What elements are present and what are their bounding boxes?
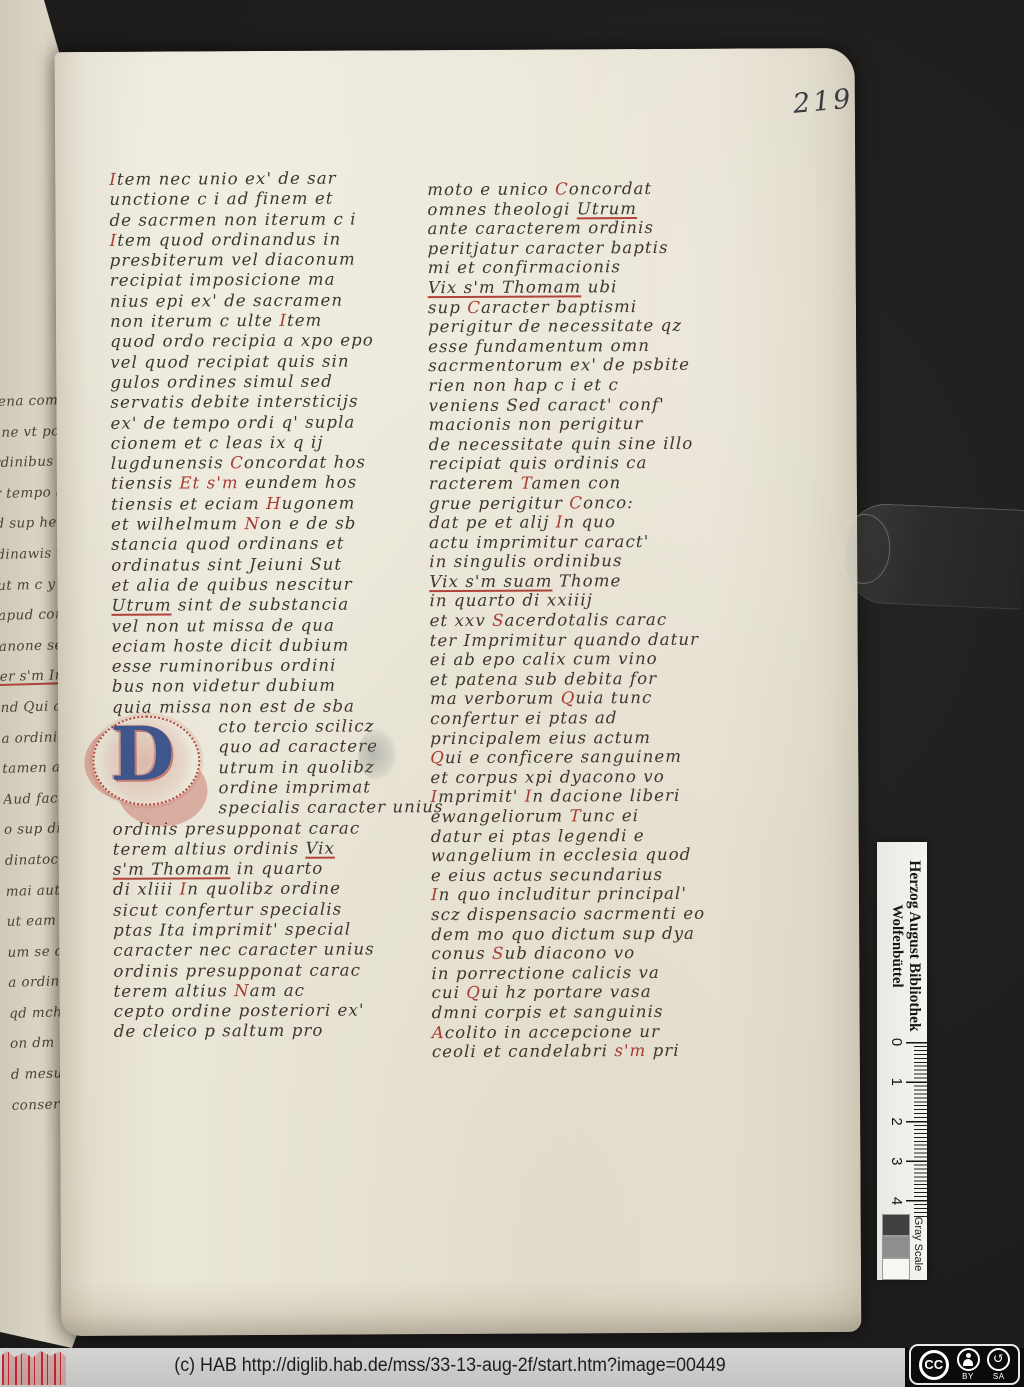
manuscript-line: ceoli et candelabri s'm pri: [432, 1041, 732, 1062]
manuscript-line: Item quod ordinandus in: [110, 229, 410, 251]
creative-commons-badge: CC BY ↺ SA: [909, 1344, 1020, 1385]
manuscript-line: ptas Ita imprimit' special: [113, 919, 413, 941]
manuscript-line: et alia de quibus nescitur: [111, 574, 411, 596]
person-head: [966, 1353, 971, 1358]
frag-line: ane vt postea m: [0, 416, 61, 448]
ruler-num: 0: [888, 1028, 905, 1056]
manuscript-line: non iterum c ulte Item: [110, 310, 410, 332]
manuscript-line: ma verborum Quia tunc: [430, 688, 730, 709]
manuscript-line: ordinatus sint Jeiuni Sut: [111, 554, 411, 576]
manuscript-line: servatis debite intersticijs: [110, 392, 410, 414]
manuscript-page: 219 Item nec unio ex' de sarunctione c i…: [55, 48, 862, 1336]
manuscript-line: quod ordo recipia a xpo epo: [110, 331, 410, 353]
manuscript-line: et xxv Sacerdotalis carac: [430, 610, 730, 631]
manuscript-line: principalem eius actum: [430, 727, 730, 748]
left-column-lower-lines: specialis caracter uniusordinis presuppo…: [113, 797, 414, 1042]
ruler-cm-ticks: [906, 1042, 927, 1222]
left-column-upper-lines: Item nec unio ex' de sarunctione c i ad …: [109, 168, 412, 718]
ruler-num: 4: [888, 1187, 905, 1215]
manuscript-line: ante caracterem ordinis: [427, 218, 727, 239]
manuscript-line: grue perigitur Conco:: [429, 492, 729, 513]
manuscript-line: de necessitate quin sine illo: [429, 433, 729, 454]
ink-smudge: [358, 728, 396, 780]
manuscript-line: et patena sub debita for: [430, 668, 730, 689]
manuscript-line: vel quod recipiat quis sin: [110, 351, 410, 373]
sa-arrow-glyph: ↺: [993, 1352, 1005, 1366]
manuscript-line: tiensis et eciam Hugonem: [111, 493, 411, 515]
manuscript-line: gulos ordines simul sed: [110, 371, 410, 393]
manuscript-line: Item nec unio ex' de sar: [109, 168, 409, 190]
gray-scale-label: Gray Scale: [912, 1212, 924, 1276]
folio-number: 219: [792, 83, 855, 119]
manuscript-line: terem altius Nam ac: [113, 980, 413, 1002]
manuscript-line: datur ei ptas legendi e: [431, 825, 731, 846]
ruler-numbers: 01234: [888, 1028, 905, 1215]
gray-scale-swatch: [882, 1236, 910, 1258]
frag-line: r tempo ad q: [0, 477, 63, 509]
manuscript-line: moto e unico Concordat: [427, 179, 727, 200]
text-column-right: moto e unico Concordatomnes theologi Utr…: [427, 179, 732, 1062]
gray-scale-swatches: [882, 1214, 910, 1280]
ruler-num: 1: [888, 1068, 905, 1096]
cc-sa-arrow-icon: ↺: [987, 1348, 1010, 1371]
manuscript-line: in porrectione calicis va: [431, 962, 731, 983]
manuscript-line: in singulis ordinibus: [429, 551, 729, 572]
manuscript-line: sicut confertur specialis: [113, 899, 413, 921]
manuscript-line: racterem Tamen con: [429, 472, 729, 493]
manuscript-line: vel non ut missa de qua: [112, 615, 412, 637]
manuscript-line: ordine imprimat: [112, 777, 412, 799]
manuscript-line: cepto ordine posteriori ex': [114, 1000, 414, 1022]
manuscript-line: sacrmentorum ex' de psbite: [428, 355, 728, 376]
manuscript-line: mi et confirmacionis: [428, 257, 728, 278]
gray-scale-swatch: [882, 1258, 910, 1280]
manuscript-line: lugdunensis Concordat hos: [111, 452, 411, 474]
manuscript-line: perigitur de necessitate qz: [428, 316, 728, 337]
manuscript-line: et corpus xpi dyacono vo: [430, 766, 730, 787]
manuscript-line: esse fundamentum omn: [428, 335, 728, 356]
manuscript-line: dem mo quo dictum sup dya: [431, 923, 731, 944]
manuscript-line: unctione c i ad finem et: [109, 189, 409, 211]
cc-by-unit: BY: [957, 1348, 980, 1381]
manuscript-line: Qui e conficere sanguinem: [430, 747, 730, 768]
credit-url-text: (c) HAB http://diglib.hab.de/mss/33-13-a…: [27, 1355, 873, 1377]
manuscript-line: tiensis Et s'm eundem hos: [111, 473, 411, 495]
frag-line: d sup hensiois: [0, 508, 64, 540]
library-name-line1: Herzog August Bibliothek: [905, 848, 924, 1044]
manuscript-line: cionem et c leas ix q ij: [111, 432, 411, 454]
manuscript-line: di xliii In quolibz ordine: [113, 879, 413, 901]
gray-scale-swatch: [882, 1214, 910, 1236]
library-name-line2: Wolfenbüttel: [888, 848, 905, 1044]
manuscript-line: peritjatur caracter baptis: [428, 237, 728, 258]
manuscript-line: Imprimit' In dacione liberi: [430, 786, 730, 807]
manuscript-line: e eius actus secundarius: [431, 864, 731, 885]
ruler-num: 3: [888, 1147, 905, 1175]
manuscript-line: recipiat quis ordinis ca: [429, 453, 729, 474]
manuscript-line: et wilhelmum Non e de sb: [111, 513, 411, 535]
manuscript-line: cui Qui hz portare vasa: [431, 982, 731, 1003]
ruler-card-rotated-content: Herzog August Bibliothek Wolfenbüttel 01…: [877, 842, 927, 1280]
frag-line: dinawis vt lect: [0, 538, 65, 570]
person-body: [963, 1359, 973, 1366]
manuscript-line: de cleico p saltum pro: [114, 1021, 414, 1043]
cc-by-label: BY: [962, 1372, 974, 1381]
manuscript-line: scz dispensacio sacrmenti eo: [431, 904, 731, 925]
manuscript-line: dat pe et alij In quo: [429, 512, 729, 533]
manuscript-line: recipiat imposicione ma: [110, 270, 410, 292]
manuscript-line: wangelium in ecclesia quod: [431, 845, 731, 866]
manuscript-line: nius epi ex' de sacramen: [110, 290, 410, 312]
manuscript-line: In quo includitur principal': [431, 884, 731, 905]
manuscript-line: Vix s'm suam Thome: [429, 570, 729, 591]
frag-line: tena competewi s: [0, 385, 60, 417]
manuscript-line: in quarto di xxiiij: [429, 590, 729, 611]
manuscript-line: rien non hap c i et c: [428, 375, 728, 396]
manuscript-line: terem altius ordinis Vix: [113, 838, 413, 860]
cc-sa-unit: ↺ SA: [987, 1348, 1010, 1381]
page-holder-clip: [844, 502, 1024, 610]
manuscript-line: esse ruminoribus ordini: [112, 655, 412, 677]
manuscript-line: s'm Thomam in quarto: [113, 858, 413, 880]
manuscript-line: stancia quod ordinans et: [111, 534, 411, 556]
manuscript-line: ter Imprimitur quando datur: [430, 629, 730, 650]
manuscript-line: ordinis presupponat carac: [113, 818, 413, 840]
frag-line: rdinibus misper: [0, 446, 62, 478]
cc-sa-label: SA: [993, 1372, 1005, 1381]
manuscript-line: veniens Sed caract' conf': [428, 394, 728, 415]
reference-ruler-card: Herzog August Bibliothek Wolfenbüttel 01…: [877, 842, 927, 1280]
cc-logo-icon: CC: [919, 1350, 949, 1380]
frag-line: ut m c y m: [0, 569, 66, 601]
manuscript-line: eciam hoste dicit dubium: [112, 635, 412, 657]
manuscript-line: ei ab epo calix cum vino: [430, 649, 730, 670]
manuscript-line: ex' de tempo ordi q' supla: [110, 412, 410, 434]
text-column-left: Item nec unio ex' de sarunctione c i ad …: [109, 168, 414, 1042]
manuscript-line: sup Caracter baptismi: [428, 296, 728, 317]
manuscript-line: presbiterum vel diaconum: [110, 249, 410, 271]
cc-by-person-icon: [957, 1348, 980, 1371]
manuscript-line: ewangeliorum Tunc ei: [431, 806, 731, 827]
ruler-num: 2: [888, 1108, 905, 1136]
manuscript-line: caracter nec caracter unius: [113, 940, 413, 962]
manuscript-line: dmni corpis et sanguinis: [432, 1002, 732, 1023]
manuscript-line: omnes theologi Utrum: [427, 198, 727, 219]
manuscript-line: conus Sub diacono vo: [431, 943, 731, 964]
manuscript-line: macionis non perigitur: [428, 414, 728, 435]
manuscript-line: bus non videtur dubium: [112, 676, 412, 698]
manuscript-line: Utrum sint de substancia: [111, 594, 411, 616]
manuscript-line: Vix s'm Thomam ubi: [428, 277, 728, 298]
manuscript-line: specialis caracter unius: [112, 797, 412, 819]
frag-line: apud comitate: [0, 599, 66, 631]
manuscript-line: ordinis presupponat carac: [113, 960, 413, 982]
manuscript-line: actu imprimitur caract': [429, 531, 729, 552]
manuscript-line: de sacrmen non iterum c i: [109, 209, 409, 231]
manuscript-line: confertur ei ptas ad: [430, 708, 730, 729]
manuscript-line: Acolito in accepcione ur: [432, 1021, 732, 1042]
